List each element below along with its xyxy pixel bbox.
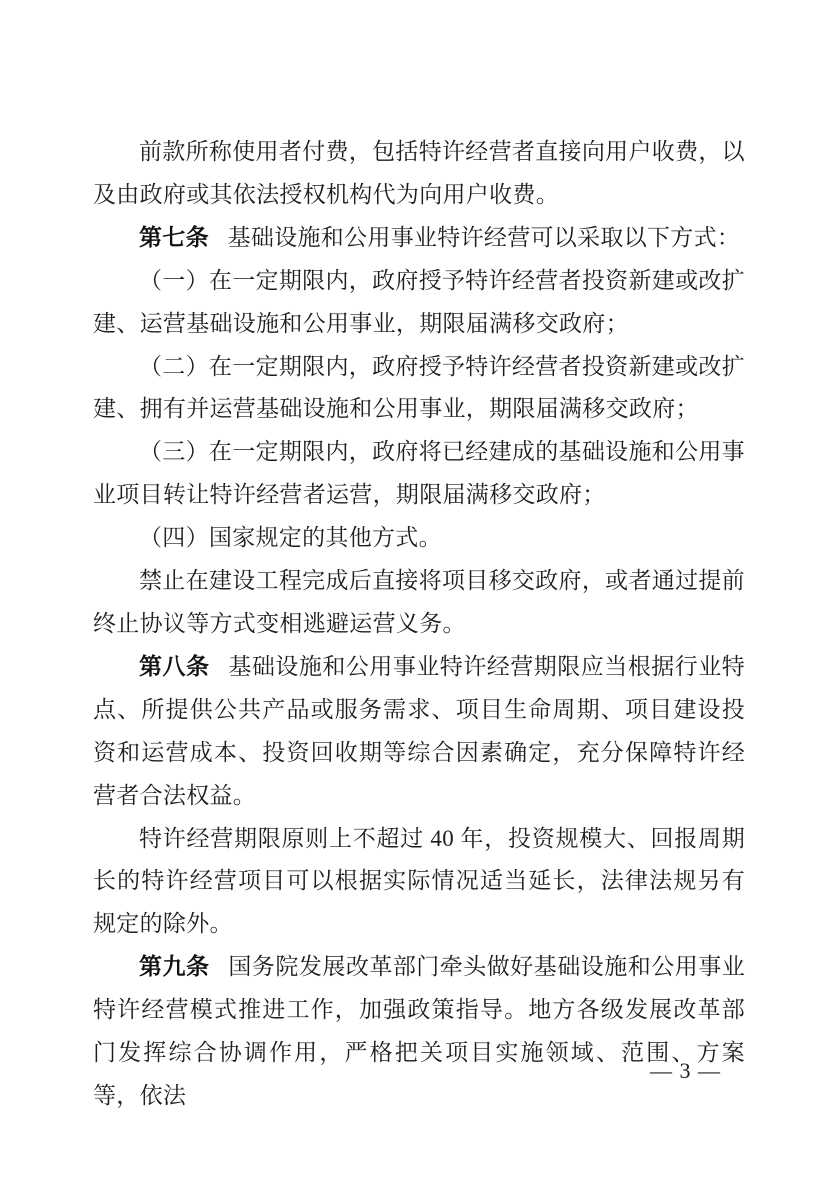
paragraph: 第八条 基础设施和公用事业特许经营期限应当根据行业特点、所提供公共产品或服务需求… — [93, 646, 745, 818]
paragraph-text: （二）在一定期限内，政府授予特许经营者投资新建或改扩建、拥有并运营基础设施和公用… — [93, 354, 745, 422]
paragraph-text: （四）国家规定的其他方式。 — [139, 525, 442, 550]
document-body: 前款所称使用者付费，包括特许经营者直接向用户收费，以及由政府或其依法授权机构代为… — [93, 131, 745, 1118]
paragraph: （一）在一定期限内，政府授予特许经营者投资新建或改扩建、运营基础设施和公用事业，… — [93, 260, 745, 346]
paragraph: （三）在一定期限内，政府将已经建成的基础设施和公用事业项目转让特许经营者运营，期… — [93, 431, 745, 517]
paragraph: （二）在一定期限内，政府授予特许经营者投资新建或改扩建、拥有并运营基础设施和公用… — [93, 346, 745, 432]
paragraph: 特许经营期限原则上不超过 40 年，投资规模大、回报周期长的特许经营项目可以根据… — [93, 818, 745, 947]
paragraph: 第七条 基础设施和公用事业特许经营可以采取以下方式： — [93, 217, 745, 260]
paragraph-text: （三）在一定期限内，政府将已经建成的基础设施和公用事业项目转让特许经营者运营，期… — [93, 439, 745, 507]
paragraph-text: （一）在一定期限内，政府授予特许经营者投资新建或改扩建、运营基础设施和公用事业，… — [93, 268, 745, 336]
paragraph-text: 基础设施和公用事业特许经营可以采取以下方式： — [228, 225, 741, 250]
paragraph-text: 特许经营期限原则上不超过 40 年，投资规模大、回报周期长的特许经营项目可以根据… — [93, 826, 745, 937]
document-page: 前款所称使用者付费，包括特许经营者直接向用户收费，以及由政府或其依法授权机构代为… — [0, 0, 839, 1187]
paragraph: 第九条 国务院发展改革部门牵头做好基础设施和公用事业特许经营模式推进工作，加强政… — [93, 946, 745, 1118]
article-number: 第八条 — [139, 654, 209, 679]
paragraph-text: 禁止在建设工程完成后直接将项目移交政府，或者通过提前终止协议等方式变相逃避运营义… — [93, 568, 745, 636]
paragraph: 禁止在建设工程完成后直接将项目移交政府，或者通过提前终止协议等方式变相逃避运营义… — [93, 560, 745, 646]
paragraph-text: 前款所称使用者付费，包括特许经营者直接向用户收费，以及由政府或其依法授权机构代为… — [93, 139, 745, 207]
paragraph: 前款所称使用者付费，包括特许经营者直接向用户收费，以及由政府或其依法授权机构代为… — [93, 131, 745, 217]
page-number: — 3 — — [650, 1058, 721, 1084]
article-number: 第九条 — [139, 954, 209, 979]
article-number: 第七条 — [139, 225, 209, 250]
paragraph: （四）国家规定的其他方式。 — [93, 517, 745, 560]
